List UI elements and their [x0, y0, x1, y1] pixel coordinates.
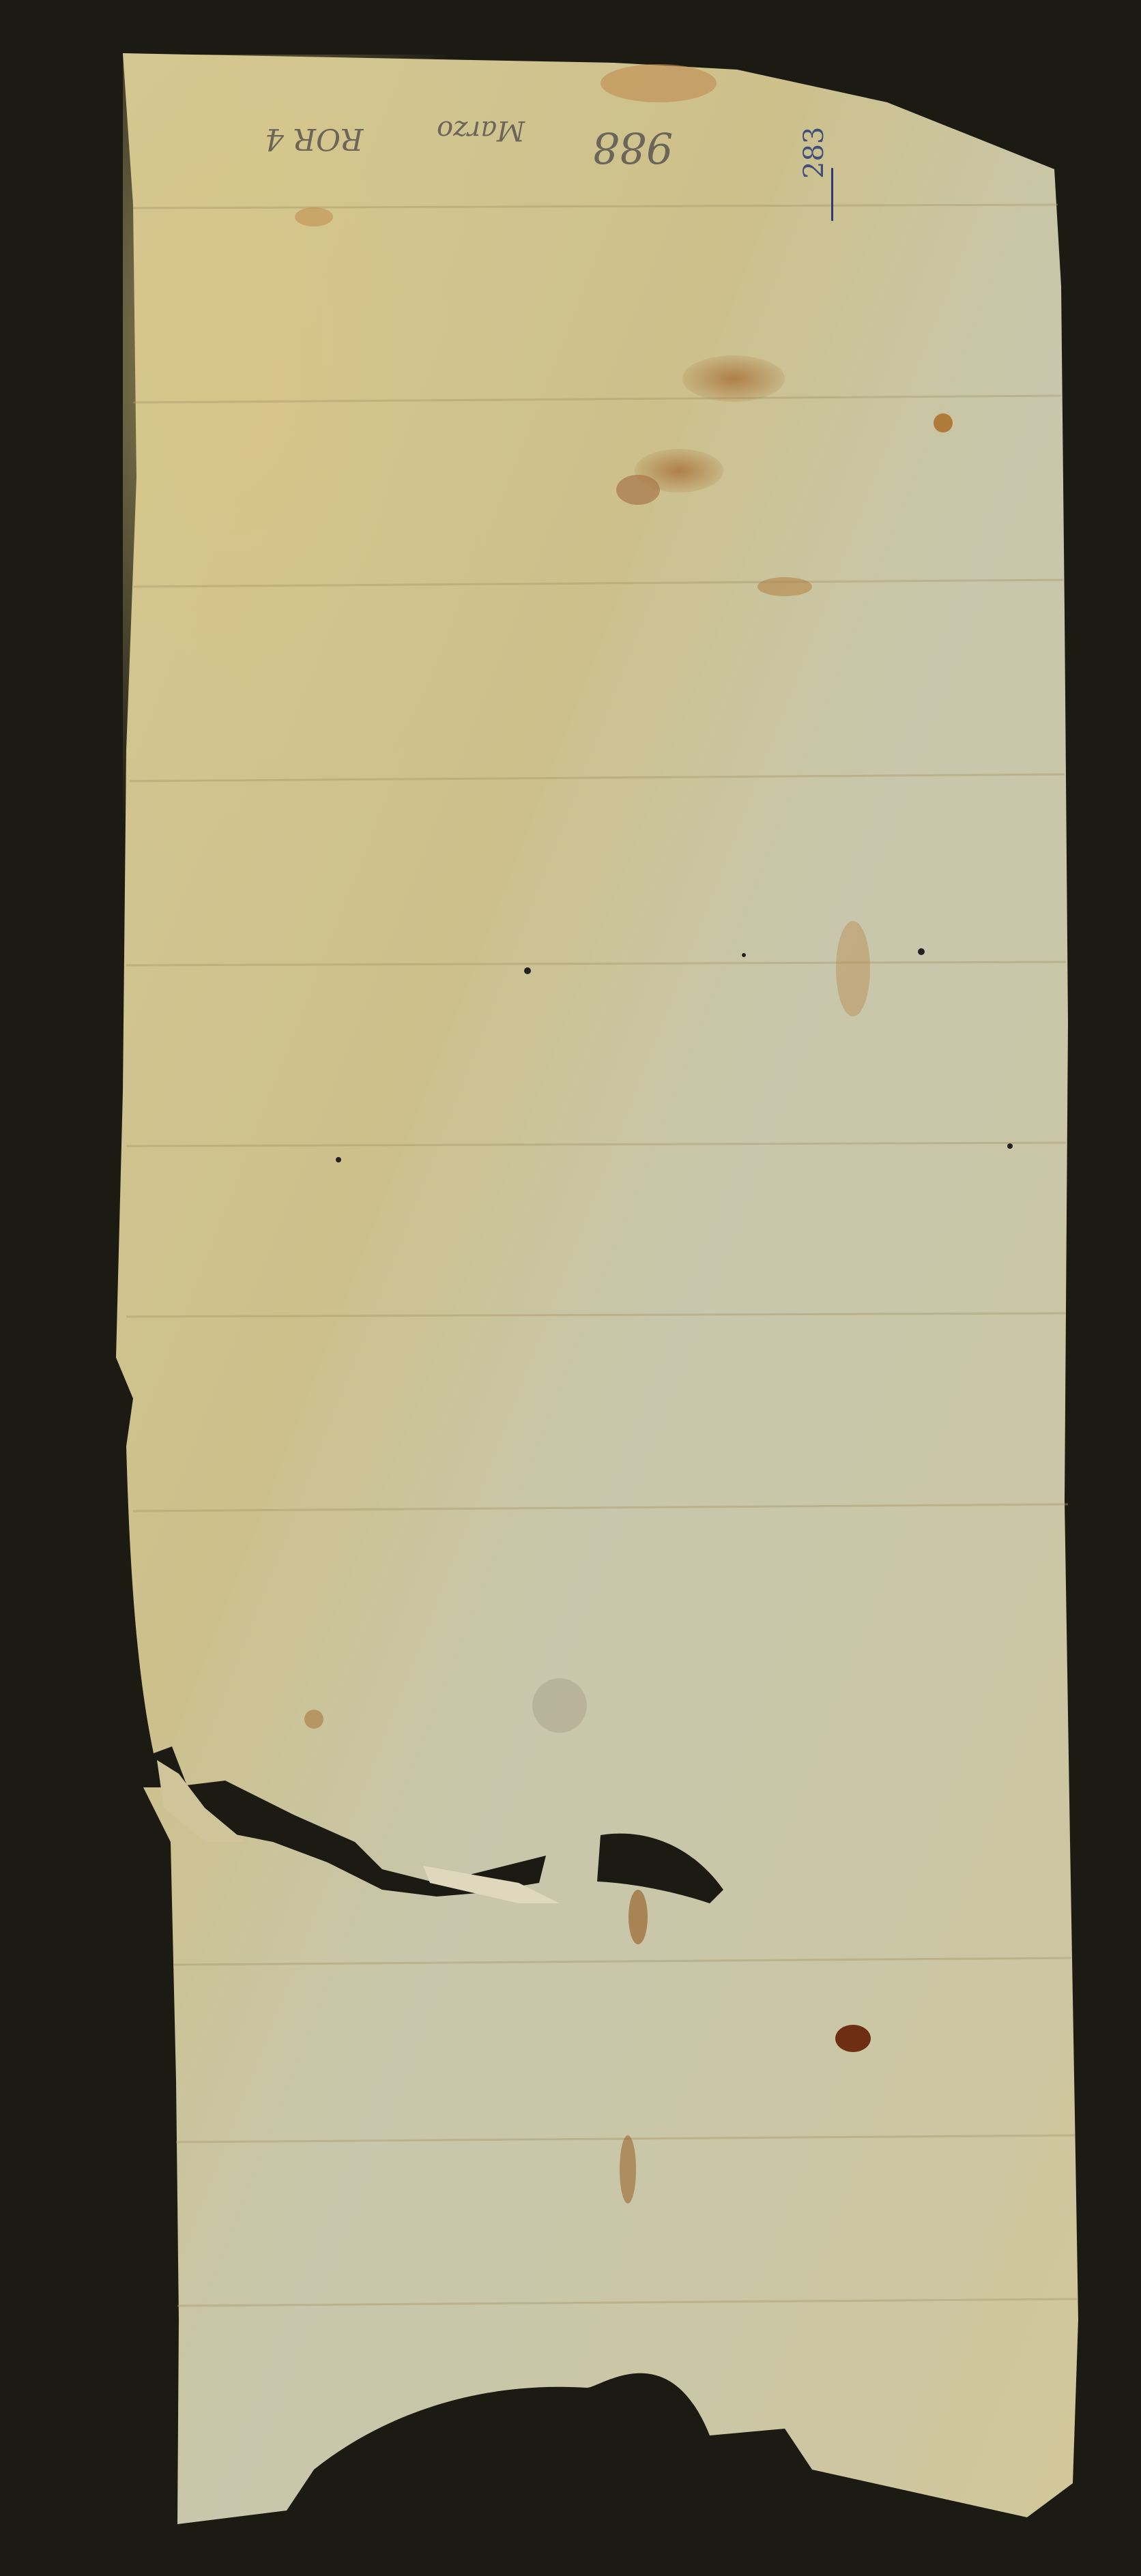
- stain: [836, 921, 870, 1016]
- stain: [295, 207, 333, 226]
- parchment-sheet: [0, 0, 1141, 2576]
- stain: [620, 2135, 636, 2204]
- stain: [532, 1678, 587, 1733]
- stain: [682, 355, 785, 402]
- folio-underline: [831, 168, 833, 221]
- pencil-annotation-number: 988: [592, 123, 673, 173]
- pencil-annotation-marzo: Marzo: [437, 115, 525, 146]
- stain: [934, 413, 953, 433]
- document-photo: ROR 4 Marzo 988 283: [0, 0, 1141, 2576]
- stain: [601, 64, 717, 102]
- blue-ink-folio-number: 283: [798, 127, 830, 179]
- stain: [629, 1890, 648, 1944]
- pencil-annotation-ror: ROR 4: [265, 121, 363, 156]
- stain: [757, 577, 812, 596]
- stain: [304, 1710, 323, 1729]
- stain: [835, 2025, 871, 2052]
- stain: [616, 475, 660, 505]
